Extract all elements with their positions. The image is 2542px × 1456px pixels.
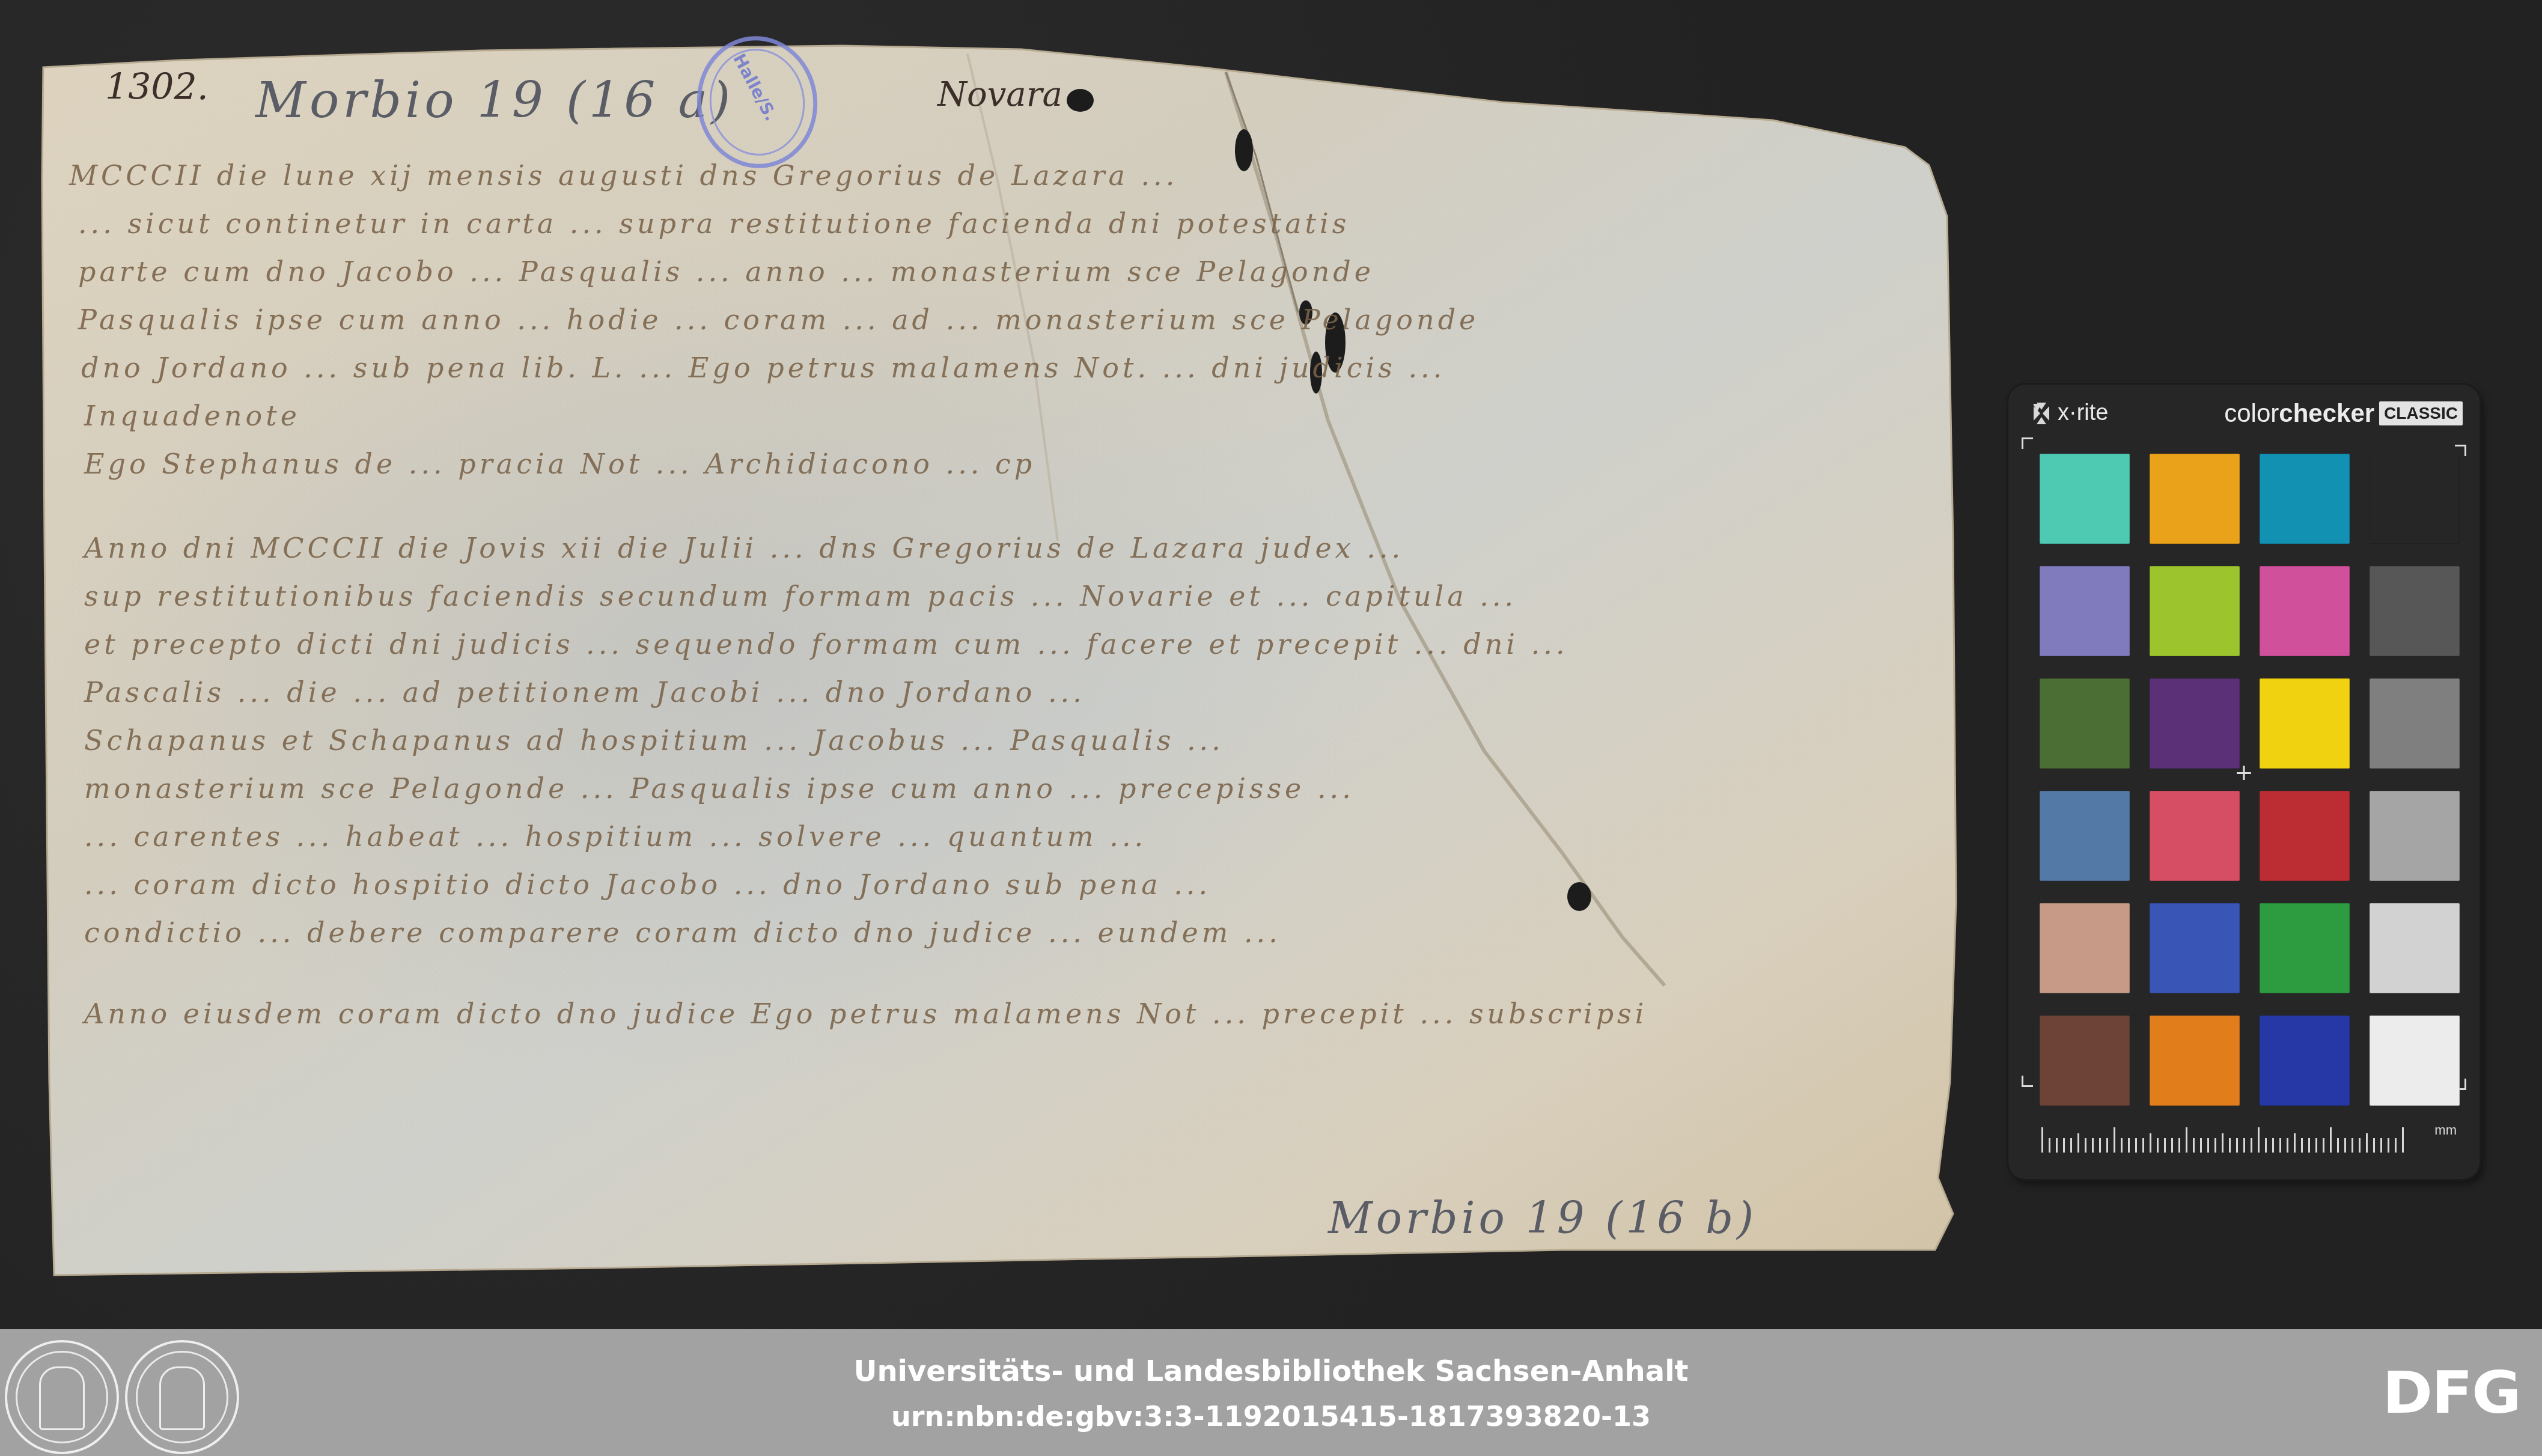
ruler-tick bbox=[2380, 1138, 2382, 1153]
manuscript-line: Pasqualis ipse cum anno ... hodie ... co… bbox=[78, 303, 1479, 336]
ruler-tick bbox=[2121, 1138, 2123, 1153]
registration-mark-bl bbox=[2022, 1076, 2033, 1087]
ruler-tick bbox=[2265, 1138, 2267, 1153]
manuscript-line: Pascalis ... die ... ad petitionem Jacob… bbox=[84, 676, 1085, 708]
manuscript-line: Inquadenote bbox=[84, 400, 300, 432]
ruler-tick bbox=[2330, 1127, 2332, 1153]
ruler-tick bbox=[2323, 1138, 2324, 1153]
colorchecker-bold: checker bbox=[2279, 399, 2374, 428]
ruler-tick bbox=[2243, 1138, 2245, 1153]
classic-badge: CLASSIC bbox=[2379, 401, 2463, 425]
ruler-tick bbox=[2049, 1138, 2050, 1153]
color-patch bbox=[2040, 566, 2130, 656]
color-patch bbox=[2260, 454, 2350, 544]
color-patch bbox=[2370, 903, 2460, 993]
place-note: Novara bbox=[937, 75, 1062, 114]
ruler-tick bbox=[2222, 1133, 2223, 1153]
dfg-logo: DFG bbox=[2382, 1359, 2520, 1427]
manuscript-line: Ego Stephanus de ... pracia Not ... Arch… bbox=[84, 448, 1035, 480]
ruler-tick bbox=[2229, 1138, 2231, 1153]
color-patch bbox=[2370, 566, 2460, 656]
ruler-tick bbox=[2178, 1138, 2180, 1153]
color-checker-card: x·rite color checker CLASSIC + mm bbox=[2008, 385, 2480, 1179]
ruler-tick bbox=[2395, 1138, 2397, 1153]
xrite-brand: x·rite bbox=[2031, 400, 2108, 426]
ruler-tick bbox=[2301, 1138, 2303, 1153]
color-patch bbox=[2040, 791, 2130, 881]
color-patch bbox=[2150, 454, 2240, 544]
color-patch bbox=[2150, 791, 2240, 881]
footer-bar: Universitäts- und Landesbibliothek Sachs… bbox=[0, 1329, 2542, 1456]
manuscript-line: parte cum dno Jacobo ... Pasqualis ... a… bbox=[78, 255, 1374, 288]
institution-name: Universitäts- und Landesbibliothek Sachs… bbox=[0, 1354, 2542, 1388]
crosshair-mark: + bbox=[2234, 761, 2254, 784]
parchment-hole bbox=[1567, 882, 1591, 911]
manuscript-line: ... carentes ... habeat ... hospitium ..… bbox=[84, 820, 1147, 853]
color-patch bbox=[2260, 678, 2350, 769]
mm-ruler bbox=[2041, 1127, 2402, 1153]
color-patch bbox=[2260, 566, 2350, 656]
ruler-tick bbox=[2352, 1138, 2353, 1153]
ruler-tick bbox=[2287, 1138, 2288, 1153]
color-patch bbox=[2150, 678, 2240, 769]
colorchecker-light: color bbox=[2224, 399, 2279, 428]
ruler-tick bbox=[2164, 1138, 2166, 1153]
ruler-tick bbox=[2294, 1133, 2296, 1153]
color-patch bbox=[2150, 1016, 2240, 1106]
manuscript-line: Schapanus et Schapanus ad hospitium ... … bbox=[84, 724, 1224, 757]
ruler-tick bbox=[2236, 1138, 2238, 1153]
manuscript-line: et precepto dicti dni judicis ... sequen… bbox=[84, 628, 1568, 660]
color-patch bbox=[2260, 1016, 2350, 1106]
manuscript-line: Anno eiusdem coram dicto dno judice Ego … bbox=[84, 998, 1647, 1030]
xrite-logo-icon bbox=[2031, 401, 2052, 425]
ruler-tick bbox=[2207, 1138, 2209, 1153]
ruler-tick bbox=[2056, 1138, 2058, 1153]
parchment-hole bbox=[1235, 129, 1253, 171]
manuscript-line: condictio ... debere comparere coram dic… bbox=[84, 916, 1281, 949]
ruler-tick bbox=[2337, 1138, 2339, 1153]
color-patch bbox=[2040, 454, 2130, 544]
ruler-tick bbox=[2092, 1138, 2094, 1153]
color-patch bbox=[2260, 903, 2350, 993]
ruler-tick bbox=[2373, 1138, 2375, 1153]
color-patch bbox=[2040, 903, 2130, 993]
ruler-tick bbox=[2085, 1138, 2086, 1153]
manuscript-line: sup restitutionibus faciendis secundum f… bbox=[84, 580, 1517, 612]
registration-mark-tl bbox=[2022, 437, 2033, 449]
colorchecker-brand: color checker CLASSIC bbox=[2224, 399, 2463, 428]
ruler-tick bbox=[2251, 1138, 2252, 1153]
xrite-label: x·rite bbox=[2058, 400, 2108, 426]
ruler-tick bbox=[2272, 1138, 2274, 1153]
ruler-tick bbox=[2344, 1138, 2346, 1153]
ruler-tick bbox=[2128, 1138, 2130, 1153]
manuscript-line: ... coram dicto hospitio dicto Jacobo ..… bbox=[84, 868, 1211, 901]
ruler-tick bbox=[2366, 1133, 2368, 1153]
ruler-tick bbox=[2041, 1127, 2043, 1153]
ruler-tick bbox=[2200, 1138, 2202, 1153]
manuscript-line: ... sicut continetur in carta ... supra … bbox=[78, 207, 1350, 240]
color-patch bbox=[2370, 1016, 2460, 1106]
color-checker-header: x·rite color checker CLASSIC bbox=[2008, 385, 2480, 442]
ruler-tick bbox=[2258, 1127, 2260, 1153]
ruler-tick bbox=[2308, 1138, 2310, 1153]
ruler-tick bbox=[2402, 1127, 2404, 1153]
parchment-hole bbox=[1067, 89, 1094, 112]
color-patch bbox=[2040, 678, 2130, 769]
manuscript-line: Anno dni MCCCII die Jovis xii die Julii … bbox=[84, 532, 1404, 564]
ruler-tick bbox=[2171, 1138, 2173, 1153]
ruler-tick bbox=[2070, 1138, 2072, 1153]
ruler-tick bbox=[2315, 1138, 2317, 1153]
ruler-tick bbox=[2186, 1127, 2187, 1153]
color-patch bbox=[2370, 791, 2460, 881]
ruler-tick bbox=[2142, 1138, 2144, 1153]
parchment-charter: 1302. Morbio 19 (16 a) Novara Morbio 19 … bbox=[0, 0, 1983, 1292]
manuscript-line: dno Jordano ... sub pena lib. L. ... Ego… bbox=[81, 352, 1445, 384]
ruler-tick bbox=[2063, 1138, 2065, 1153]
shelfmark-bottom: Morbio 19 (16 b) bbox=[1328, 1193, 1757, 1243]
ruler-tick bbox=[2150, 1133, 2151, 1153]
ruler-tick bbox=[2106, 1138, 2108, 1153]
ruler-tick bbox=[2388, 1138, 2389, 1153]
color-patch bbox=[2040, 1016, 2130, 1106]
ruler-tick bbox=[2099, 1138, 2101, 1153]
archive-number: 1302. bbox=[105, 66, 209, 108]
manuscript-line: monasterium sce Pelagonde ... Pasqualis … bbox=[84, 772, 1355, 805]
color-patch bbox=[2370, 678, 2460, 769]
color-patch bbox=[2150, 903, 2240, 993]
urn-identifier: urn:nbn:de:gbv:3:3-1192015415-1817393820… bbox=[0, 1400, 2542, 1433]
color-patch bbox=[2150, 566, 2240, 656]
ruler-tick bbox=[2359, 1138, 2361, 1153]
ruler-tick bbox=[2077, 1133, 2079, 1153]
ruler-unit-label: mm bbox=[2434, 1122, 2457, 1138]
color-patch bbox=[2260, 791, 2350, 881]
ruler-tick bbox=[2279, 1138, 2281, 1153]
ruler-tick bbox=[2157, 1138, 2159, 1153]
ruler-tick bbox=[2114, 1127, 2115, 1153]
shelfmark-top: Morbio 19 (16 a) bbox=[255, 72, 734, 129]
ruler-tick bbox=[2214, 1138, 2216, 1153]
ruler-tick bbox=[2135, 1138, 2137, 1153]
ruler-tick bbox=[2193, 1138, 2195, 1153]
manuscript-line: MCCCII die lune xij mensis augusti dns G… bbox=[69, 159, 1178, 192]
color-patch bbox=[2370, 454, 2460, 544]
